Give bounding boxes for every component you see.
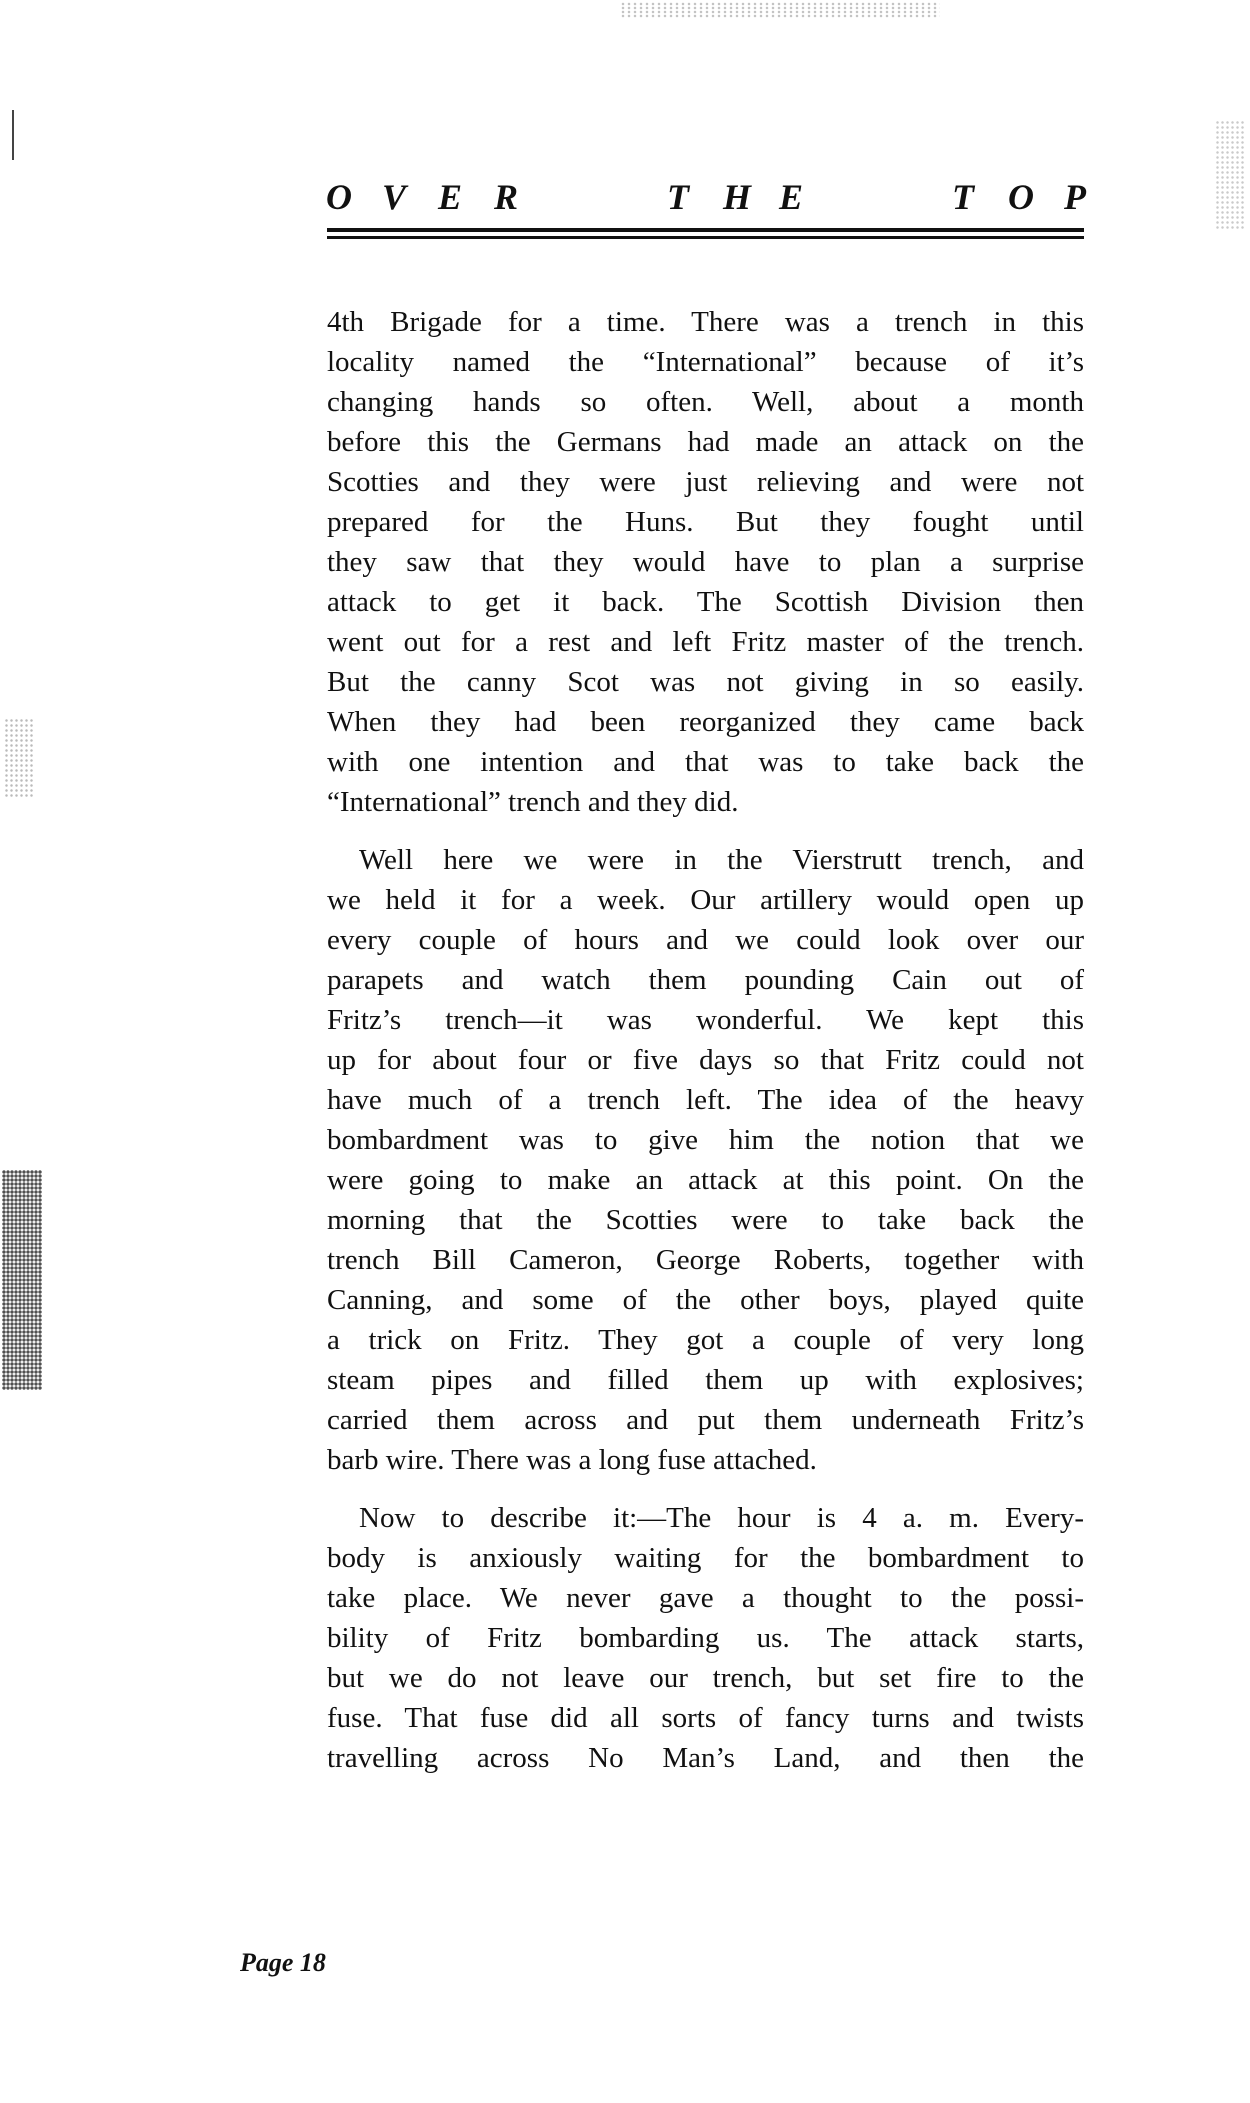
text-line: we held it for a week. Our artillery wou… — [327, 880, 1084, 920]
text-line: “International” trench and they did. — [327, 782, 1084, 822]
text-line: bility of Fritz bombarding us. The attac… — [327, 1618, 1084, 1658]
body-text: 4th Brigade for a time. There was a tren… — [327, 302, 1084, 1796]
text-line: barb wire. There was a long fuse attache… — [327, 1440, 1084, 1480]
text-line: with one intention and that was to take … — [327, 742, 1084, 782]
text-line: every couple of hours and we could look … — [327, 920, 1084, 960]
text-line: attack to get it back. The Scottish Divi… — [327, 582, 1084, 622]
text-line: up for about four or five days so that F… — [327, 1040, 1084, 1080]
text-line: parapets and watch them pounding Cain ou… — [327, 960, 1084, 1000]
text-line: went out for a rest and left Fritz maste… — [327, 622, 1084, 662]
text-line: body is anxiously waiting for the bombar… — [327, 1538, 1084, 1578]
text-line: 4th Brigade for a time. There was a tren… — [327, 302, 1084, 342]
text-line: a trick on Fritz. They got a couple of v… — [327, 1320, 1084, 1360]
text-line: Now to describe it:—The hour is 4 a. m. … — [327, 1498, 1084, 1538]
scan-artifact-top — [620, 2, 940, 18]
paragraph: 4th Brigade for a time. There was a tren… — [327, 302, 1084, 822]
text-line: But the canny Scot was not giving in so … — [327, 662, 1084, 702]
running-head-word-the: T H E — [667, 176, 803, 218]
text-line: carried them across and put them underne… — [327, 1400, 1084, 1440]
text-line: but we do not leave our trench, but set … — [327, 1658, 1084, 1698]
text-line: have much of a trench left. The idea of … — [327, 1080, 1084, 1120]
running-head-word-top: T O P — [952, 176, 1086, 218]
scan-artifact-left-dark — [2, 1170, 42, 1390]
text-line: changing hands so often. Well, about a m… — [327, 382, 1084, 422]
text-line: morning that the Scotties were to take b… — [327, 1200, 1084, 1240]
page-number: Page 18 — [240, 1948, 326, 1978]
running-head: O V E R T H E T O P — [326, 176, 1086, 216]
paragraph: Now to describe it:—The hour is 4 a. m. … — [327, 1498, 1084, 1778]
text-line: steam pipes and filled them up with expl… — [327, 1360, 1084, 1400]
text-line: Scotties and they were just relieving an… — [327, 462, 1084, 502]
text-line: Fritz’s trench—it was wonderful. We kept… — [327, 1000, 1084, 1040]
text-line: Well here we were in the Vierstrutt tren… — [327, 840, 1084, 880]
text-line: bombardment was to give him the notion t… — [327, 1120, 1084, 1160]
running-head-word-over: O V E R — [326, 176, 518, 218]
text-line: prepared for the Huns. But they fought u… — [327, 502, 1084, 542]
text-line: locality named the “International” becau… — [327, 342, 1084, 382]
scan-artifact-right — [1215, 120, 1245, 230]
text-line: trench Bill Cameron, George Roberts, tog… — [327, 1240, 1084, 1280]
text-line: fuse. That fuse did all sorts of fancy t… — [327, 1698, 1084, 1738]
scan-artifact-left — [4, 718, 34, 798]
text-line: were going to make an attack at this poi… — [327, 1160, 1084, 1200]
text-line: Canning, and some of the other boys, pla… — [327, 1280, 1084, 1320]
text-line: take place. We never gave a thought to t… — [327, 1578, 1084, 1618]
header-rule-thin — [327, 236, 1084, 239]
text-line: travelling across No Man’s Land, and the… — [327, 1738, 1084, 1778]
paragraph: Well here we were in the Vierstrutt tren… — [327, 840, 1084, 1480]
header-rule-thick — [327, 228, 1084, 232]
text-line: before this the Germans had made an atta… — [327, 422, 1084, 462]
text-line: When they had been reorganized they came… — [327, 702, 1084, 742]
scan-artifact-left-mark — [12, 110, 14, 160]
text-line: they saw that they would have to plan a … — [327, 542, 1084, 582]
